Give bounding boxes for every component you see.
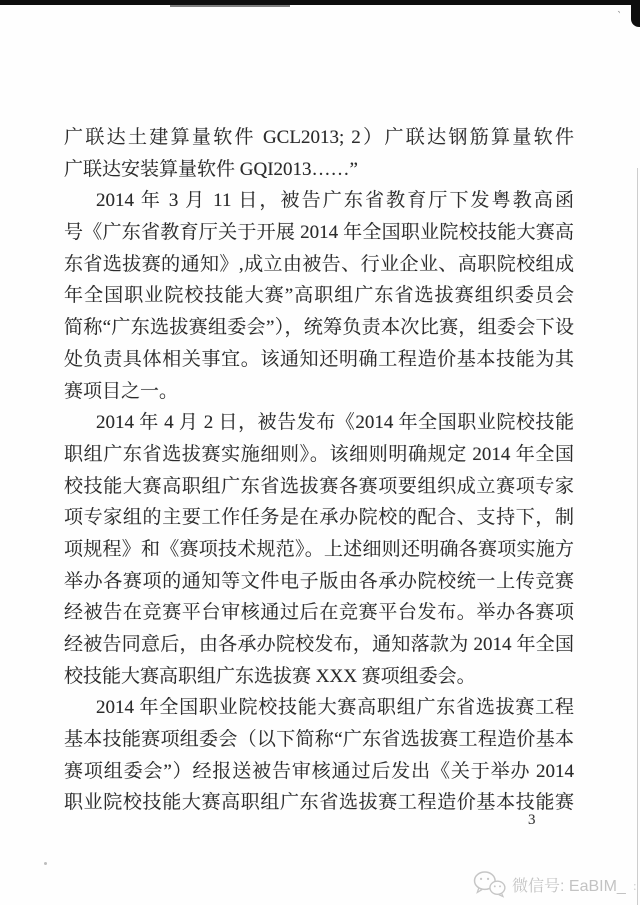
text-line: 广联达安装算量软件 GQI2013……” [64, 154, 574, 186]
text-line: 校技能大赛高职组广东选拔赛 XXX 赛项组委会。 [64, 661, 574, 693]
text-line: 2014 年全国职业院校技能大赛高职组广东省选拔赛工程造价 [64, 692, 574, 724]
document-text-block: 广联达土建算量软件 GCL2013; 2）广联达钢筋算量软件 GGJ2013; … [64, 122, 574, 819]
text-line: 2014 年 3 月 11 日，被告广东省教育厅下发粤教高函[2014]22 [64, 185, 574, 217]
text-line: 2014 年 4 月 2 日，被告发布《2014 年全国职业院校技能大赛高 [64, 407, 574, 439]
text-line: 基本技能赛项组委会（以下简称“广东省选拔赛工程造价基本技能 [64, 724, 574, 756]
scan-speck: ` [614, 8, 622, 25]
text-line: 赛项组委会”）经报送被告审核通过后发出《关于举办 2014 年全国 [64, 756, 574, 788]
scan-speck [44, 862, 47, 865]
text-line: 处负责具体相关事宜。该通知还明确工程造价基本技能为其中的比 [64, 344, 574, 376]
scan-right-edge-line [637, 168, 638, 905]
scan-edge-top-bar [0, 0, 640, 5]
wechat-icon [472, 870, 506, 898]
scan-corner-blob [631, 0, 640, 27]
watermark: 微信号: EaBIM_ [472, 870, 626, 898]
text-line: 简称“广东选拔赛组委会”），统筹负责本次比赛，组委会下设秘书 [64, 312, 574, 344]
text-line: 广联达土建算量软件 GCL2013; 2）广联达钢筋算量软件 GGJ2013; … [64, 122, 574, 154]
scanned-document-page: ` : 广联达土建算量软件 GCL2013; 2）广联达钢筋算量软件 GGJ20… [0, 0, 640, 905]
text-line: 项规程》和《赛项技术规范》。上述细则还明确各赛项实施方案及 [64, 534, 574, 566]
text-line: 年全国职业院校技能大赛”高职组广东省选拔赛组织委员会（以下 [64, 280, 574, 312]
text-line: 项专家组的主要工作任务是在承办院校的配合、支持下，制定《赛 [64, 502, 574, 534]
scan-speck: : [633, 878, 637, 894]
text-line: 赛项目之一。 [64, 376, 574, 408]
text-line: 职组广东省选拔赛实施细则》。该细则明确规定 2014 年全国职业院 [64, 439, 574, 471]
text-line: 校技能大赛高职组广东省选拔赛各赛项要组织成立赛项专家组，赛 [64, 471, 574, 503]
text-line: 号《广东省教育厅关于开展 2014 年全国职业院校技能大赛高职组广 [64, 217, 574, 249]
page-number: 3 [528, 812, 536, 829]
text-line: 职业院校技能大赛高职组广东省选拔赛工程造价基本技能赛项的通 [64, 787, 574, 819]
text-line: 经被告在竞赛平台审核通过后在竞赛平台发布。举办各赛项的通知 [64, 597, 574, 629]
text-line: 举办各赛项的通知等文件电子版由各承办院校统一上传竞赛平台， [64, 566, 574, 598]
watermark-label: 微信号: EaBIM_ [512, 873, 626, 896]
text-line: 经被告同意后，由各承办院校发布，通知落款为 2014 年全国职业院 [64, 629, 574, 661]
text-line: 东省选拔赛的通知》,成立由被告、行业企业、高职院校组成的“2014 [64, 249, 574, 281]
